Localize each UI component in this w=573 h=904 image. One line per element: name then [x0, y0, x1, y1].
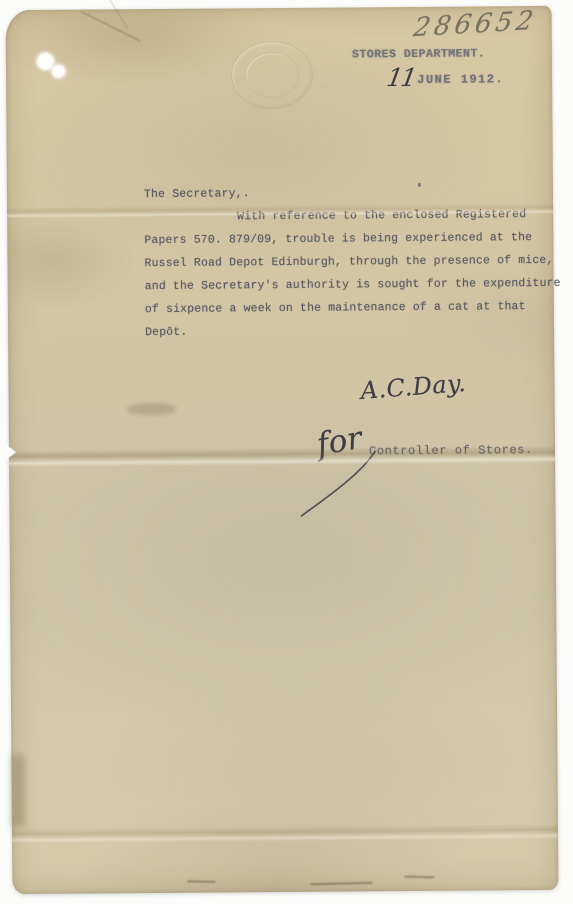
- pencil-smudge: [128, 403, 176, 415]
- body-line: With reference to the enclosed Registere…: [144, 208, 554, 234]
- embossed-seal-inner: [245, 52, 299, 98]
- body-line: and the Secretary's authority is sought …: [145, 277, 555, 303]
- handwritten-date-day: 11: [385, 63, 418, 92]
- salutation: The Secretary,.: [144, 187, 250, 201]
- edge-tear-notch: [6, 444, 16, 460]
- punch-hole: [37, 53, 54, 70]
- signature-title: Controller of Stores.: [369, 443, 533, 458]
- ink-speck: [418, 183, 421, 187]
- letter-body: With reference to the enclosed Registere…: [144, 208, 555, 349]
- date-stamp: JUNE 1912.: [417, 72, 504, 87]
- letter-page: 286652 STORES DEPARTMENT. 11 JUNE 1912. …: [6, 6, 559, 894]
- signature-flourish: [291, 445, 387, 524]
- edge-smudge: [11, 755, 25, 827]
- body-line: of sixpence a week on the maintenance of…: [145, 300, 555, 326]
- body-line: Papers 570. 879/09, trouble is being exp…: [144, 231, 554, 257]
- embossed-seal: [231, 41, 314, 110]
- department-stamp: STORES DEPARTMENT.: [352, 47, 485, 61]
- body-line: Depôt.: [145, 323, 555, 349]
- photo-background: 286652 STORES DEPARTMENT. 11 JUNE 1912. …: [0, 0, 573, 904]
- body-line: Russel Road Depot Edinburgh, through the…: [144, 254, 554, 280]
- punch-hole: [52, 65, 65, 78]
